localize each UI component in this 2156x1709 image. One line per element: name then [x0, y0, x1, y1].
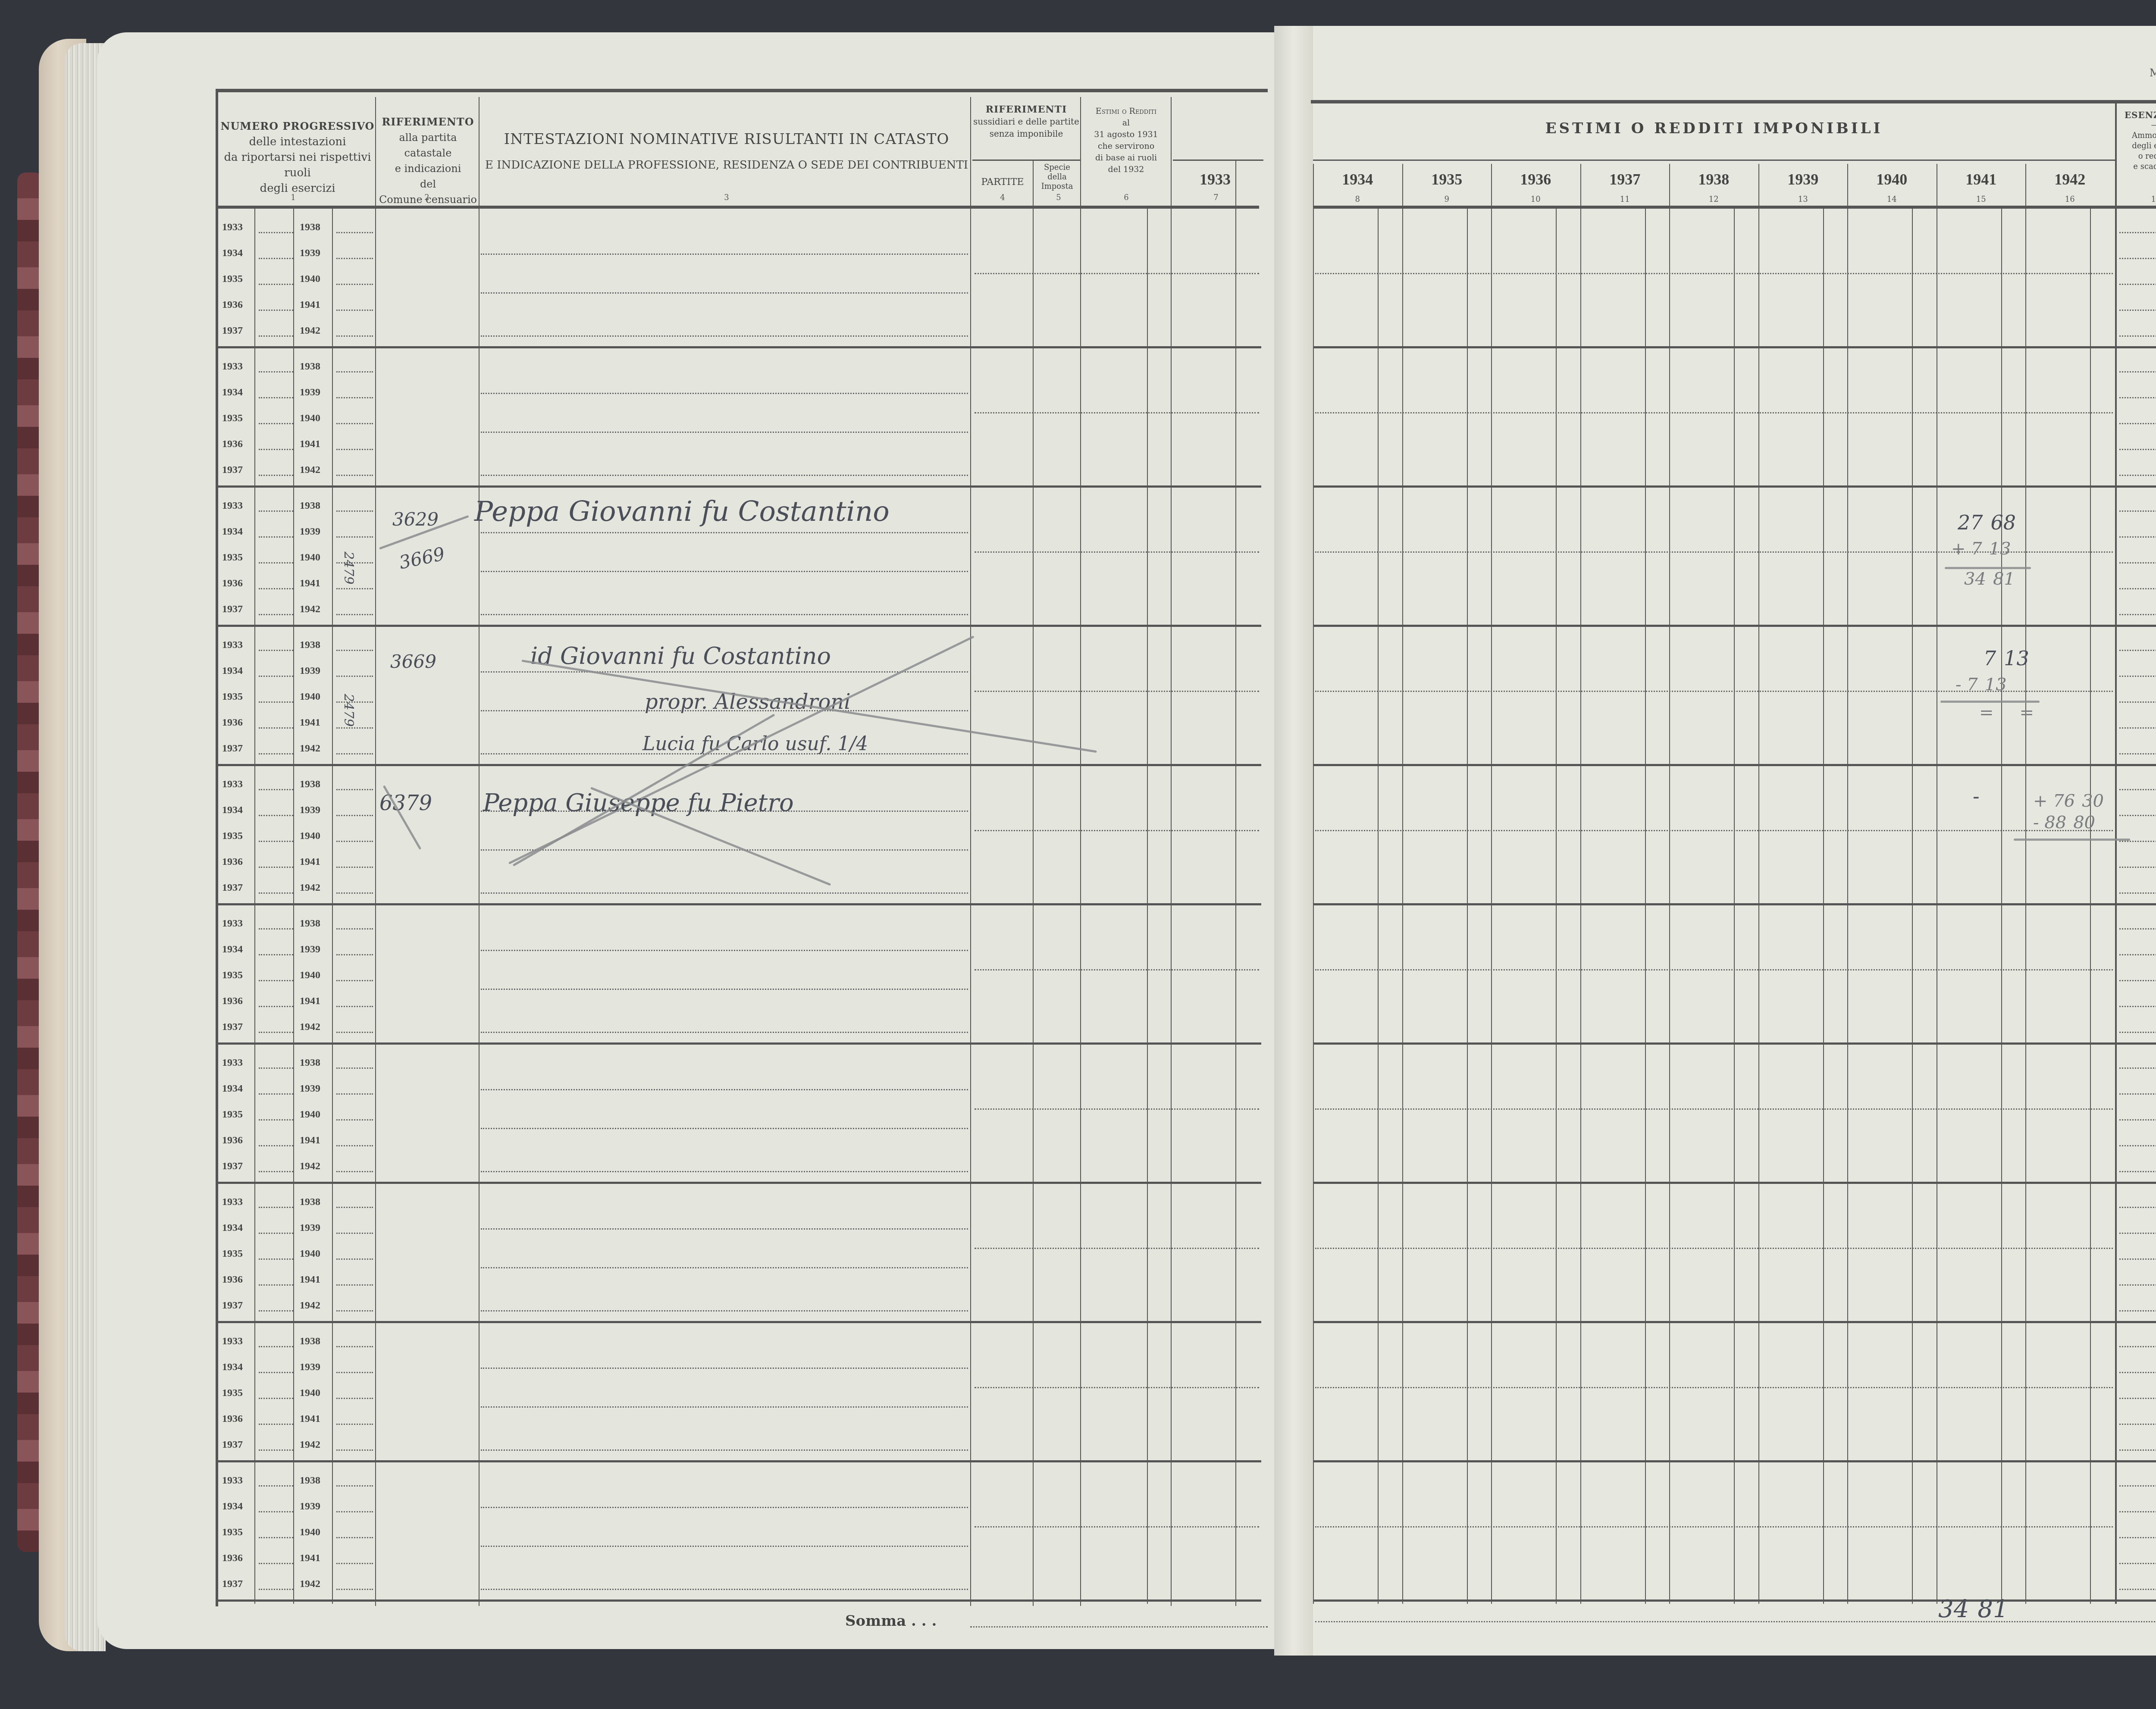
entry-line[interactable] — [2119, 1485, 2156, 1487]
name-line[interactable] — [481, 475, 968, 476]
entry-line[interactable] — [2119, 397, 2156, 398]
name-line[interactable] — [481, 1406, 968, 1408]
entry-1941-value[interactable]: 2768 — [1958, 511, 2016, 534]
entry-line[interactable] — [336, 789, 373, 790]
entry-line[interactable] — [2119, 789, 2156, 790]
entry-line[interactable] — [259, 1424, 293, 1425]
entry-line[interactable] — [2119, 1093, 2156, 1095]
header-sub: della — [1034, 172, 1080, 182]
entry-line[interactable] — [336, 1171, 373, 1172]
name-line[interactable] — [481, 1449, 968, 1451]
name-line[interactable] — [481, 254, 968, 255]
name-line[interactable] — [481, 1228, 968, 1230]
header-sub: sussidiari e delle partite — [972, 116, 1080, 128]
amount-line[interactable] — [975, 830, 1259, 831]
entry-line[interactable] — [336, 1119, 373, 1121]
entry-line[interactable] — [2119, 588, 2156, 589]
entry-line[interactable] — [259, 892, 293, 894]
entry-partita[interactable]: 3629 — [392, 509, 439, 530]
entry-progressive-note[interactable]: 2479 — [341, 551, 356, 584]
row-year-right: 1939 — [300, 387, 320, 398]
name-line[interactable] — [481, 292, 968, 294]
name-line[interactable] — [481, 571, 968, 572]
row-year-right: 1941 — [300, 578, 320, 589]
entry-line[interactable] — [336, 954, 373, 955]
entry-line[interactable] — [336, 335, 373, 337]
entry-line[interactable] — [259, 335, 293, 337]
entry-line[interactable] — [2119, 1067, 2156, 1069]
entry-line[interactable] — [336, 1284, 373, 1286]
value-decimal: 13 — [1985, 675, 2007, 695]
row-year-right: 1942 — [300, 325, 320, 337]
name-line[interactable] — [481, 950, 968, 951]
entry-line[interactable] — [336, 1589, 373, 1590]
entry-line[interactable] — [336, 753, 373, 754]
header-title: NUMERO PROGRESSIVO — [220, 119, 375, 134]
entry-line[interactable] — [259, 1119, 293, 1121]
entry-1941-value[interactable]: 713 — [1984, 647, 2029, 670]
entry-line[interactable] — [259, 1171, 293, 1172]
row-year-right: 1941 — [300, 1274, 320, 1286]
entry-line[interactable] — [2119, 650, 2156, 651]
entry-line[interactable] — [2119, 1424, 2156, 1425]
entry-line[interactable] — [259, 258, 293, 259]
entry-line[interactable] — [336, 841, 373, 842]
entry-line[interactable] — [259, 284, 293, 285]
amount-line[interactable] — [975, 1108, 1259, 1110]
row-year-right: 1938 — [300, 1336, 320, 1347]
name-line[interactable] — [481, 1267, 968, 1268]
entry-line[interactable] — [259, 1258, 293, 1260]
group-rule — [1313, 346, 2156, 348]
entry-line[interactable] — [259, 510, 293, 512]
row-year-left: 1934 — [222, 526, 243, 538]
header-sub: Ammontare — [2117, 131, 2156, 141]
entry-line[interactable] — [2119, 335, 2156, 337]
entry-line[interactable] — [2119, 371, 2156, 372]
entry-line[interactable] — [2119, 980, 2156, 981]
row-year-right: 1940 — [300, 830, 320, 842]
entry-line[interactable] — [259, 867, 293, 868]
entry-line[interactable] — [259, 310, 293, 311]
entry-line[interactable] — [336, 1310, 373, 1311]
row-year-right: 1940 — [300, 1109, 320, 1121]
row-year-left: 1933 — [222, 1057, 243, 1069]
entry-line[interactable] — [336, 232, 373, 233]
entry-line[interactable] — [2119, 1032, 2156, 1033]
amount-line[interactable] — [975, 969, 1259, 970]
header-col3-title: INTESTAZIONI NOMINATIVE RISULTANTI IN CA… — [483, 131, 970, 147]
group-rule — [218, 903, 1261, 905]
entry-line[interactable] — [2119, 1563, 2156, 1564]
amount-line[interactable] — [1315, 1387, 2113, 1388]
entry-1941-total[interactable]: == — [1979, 703, 2034, 723]
entry-line[interactable] — [259, 1067, 293, 1069]
entry-name[interactable]: id Giovanni fu Costantino — [530, 642, 831, 670]
entry-line[interactable] — [2119, 1511, 2156, 1512]
entry-line[interactable] — [336, 1067, 373, 1069]
group-rule — [1313, 903, 2156, 905]
entry-line[interactable] — [2119, 1346, 2156, 1347]
entry-line[interactable] — [2119, 676, 2156, 677]
header-sub: al — [1081, 117, 1171, 129]
row-year-left: 1935 — [222, 1387, 243, 1399]
row-year-left: 1937 — [222, 743, 243, 754]
group-rule — [218, 1042, 1261, 1045]
entry-line[interactable] — [259, 676, 293, 677]
row-year-right: 1941 — [300, 995, 320, 1007]
entry-line[interactable] — [259, 1346, 293, 1347]
entry-1941-total[interactable]: 3481 — [1964, 569, 2015, 589]
entry-line[interactable] — [259, 588, 293, 589]
amount-line[interactable] — [975, 1526, 1259, 1527]
row-year-left: 1933 — [222, 1196, 243, 1208]
amount-line[interactable] — [975, 551, 1259, 553]
entry-line[interactable] — [2119, 1589, 2156, 1590]
entry-line[interactable] — [2119, 1398, 2156, 1399]
value-integer: 27 — [1958, 511, 1983, 534]
name-line[interactable] — [481, 671, 968, 673]
name-line[interactable] — [481, 892, 968, 894]
entry-line[interactable] — [2119, 423, 2156, 424]
entry-line[interactable] — [2119, 1171, 2156, 1172]
column-number: 11 — [1580, 195, 1670, 204]
entry-line[interactable] — [336, 676, 373, 677]
entry-line[interactable] — [2119, 1233, 2156, 1234]
entry-line[interactable] — [259, 614, 293, 615]
entry-line[interactable] — [259, 536, 293, 538]
value-integer: 7 — [1984, 647, 1996, 670]
name-line[interactable] — [481, 1089, 968, 1090]
entry-line[interactable] — [2119, 1372, 2156, 1373]
row-year-right: 1938 — [300, 918, 320, 930]
column-number: 13 — [1758, 195, 1848, 204]
entry-line[interactable] — [336, 449, 373, 450]
entry-line[interactable] — [336, 284, 373, 285]
name-line[interactable] — [481, 1032, 968, 1033]
entry-line[interactable] — [2119, 1310, 2156, 1311]
entry-line[interactable] — [2119, 928, 2156, 930]
name-line[interactable] — [481, 1507, 968, 1508]
value-integer: - 88 — [2033, 813, 2066, 833]
entry-line[interactable] — [2119, 1284, 2156, 1286]
entry-line[interactable] — [2119, 310, 2156, 311]
value-integer: - 7 — [1955, 675, 1978, 695]
amount-line[interactable] — [975, 1248, 1259, 1249]
entry-line[interactable] — [259, 1093, 293, 1095]
row-year-left: 1935 — [222, 970, 243, 981]
amount-line[interactable] — [975, 273, 1259, 274]
row-year-right: 1940 — [300, 691, 320, 703]
name-line[interactable] — [481, 1546, 968, 1547]
entry-line[interactable] — [259, 815, 293, 816]
entry-line[interactable] — [259, 1145, 293, 1146]
entry-line[interactable] — [2119, 727, 2156, 729]
entry-line[interactable] — [259, 980, 293, 981]
entry-line[interactable] — [2119, 614, 2156, 615]
header-year-1938: 1938 — [1669, 170, 1758, 188]
value-total: = — [2020, 703, 2034, 723]
entry-line[interactable] — [336, 1346, 373, 1347]
cents-divider — [2090, 207, 2091, 1604]
entry-line[interactable] — [2119, 1258, 2156, 1260]
entry-line[interactable] — [336, 727, 373, 729]
header-sub: da riportarsi nei rispettivi ruoli — [220, 150, 375, 181]
entry-line[interactable] — [336, 1485, 373, 1487]
entry-line[interactable] — [259, 371, 293, 372]
entry-line[interactable] — [336, 258, 373, 259]
somma-1941-value[interactable]: 3481 — [1938, 1595, 2009, 1623]
row-year-left: 1935 — [222, 1248, 243, 1260]
amount-line[interactable] — [975, 1387, 1259, 1388]
name-line[interactable] — [481, 1589, 968, 1590]
entry-line[interactable] — [259, 1284, 293, 1286]
entry-line[interactable] — [2119, 510, 2156, 512]
right-page — [1294, 26, 2156, 1656]
entry-line[interactable] — [259, 1537, 293, 1538]
row-year-left: 1935 — [222, 1527, 243, 1538]
entry-line[interactable] — [336, 1233, 373, 1234]
entry-line[interactable] — [2119, 892, 2156, 894]
entry-line[interactable] — [336, 1258, 373, 1260]
entry-line[interactable] — [336, 475, 373, 476]
cents-divider — [1467, 207, 1468, 1604]
row-year-left: 1934 — [222, 1083, 243, 1095]
group-rule — [218, 764, 1261, 766]
row-year-left: 1937 — [222, 1161, 243, 1172]
entry-line[interactable] — [259, 1233, 293, 1234]
entry-line[interactable] — [336, 1398, 373, 1399]
entry-line[interactable] — [2119, 449, 2156, 450]
row-year-left: 1936 — [222, 1552, 243, 1564]
entry-line[interactable] — [259, 1398, 293, 1399]
entry-line[interactable] — [336, 614, 373, 615]
entry-line[interactable] — [259, 562, 293, 563]
amount-line[interactable] — [1315, 1526, 2113, 1527]
group-rule — [218, 1182, 1261, 1184]
subheader-rule — [1173, 160, 1263, 161]
name-line[interactable] — [481, 532, 968, 533]
header-sub: e scadenze — [2117, 162, 2156, 172]
entry-partita[interactable]: 3669 — [390, 651, 436, 672]
header-col45: RIFERIMENTI sussidiari e delle partite s… — [972, 103, 1080, 140]
entry-line[interactable] — [2119, 1207, 2156, 1208]
group-rule — [1313, 1460, 2156, 1462]
entry-line[interactable] — [2119, 867, 2156, 868]
entry-line[interactable] — [336, 510, 373, 512]
row-year-left: 1934 — [222, 1362, 243, 1373]
entry-line[interactable] — [2119, 536, 2156, 538]
entry-line[interactable] — [336, 1032, 373, 1033]
amount-line[interactable] — [1315, 273, 2113, 274]
entry-line[interactable] — [2119, 1449, 2156, 1451]
entry-line[interactable] — [2119, 841, 2156, 842]
entry-line[interactable] — [336, 1207, 373, 1208]
row-year-left: 1933 — [222, 779, 243, 790]
entry-line[interactable] — [2119, 475, 2156, 476]
name-line[interactable] — [481, 432, 968, 433]
entry-line[interactable] — [259, 1032, 293, 1033]
row-year-left: 1934 — [222, 387, 243, 398]
entry-line[interactable] — [336, 815, 373, 816]
value-decimal: 68 — [1991, 511, 2016, 534]
entry-line[interactable] — [2119, 1145, 2156, 1146]
name-line[interactable] — [481, 393, 968, 394]
entry-line[interactable] — [336, 1537, 373, 1538]
entry-line[interactable] — [259, 1563, 293, 1564]
entry-line[interactable] — [336, 1145, 373, 1146]
entry-line[interactable] — [336, 1006, 373, 1007]
entry-line[interactable] — [336, 536, 373, 538]
group-rule — [218, 1599, 1261, 1602]
name-line[interactable] — [481, 335, 968, 337]
entry-line[interactable] — [259, 727, 293, 729]
entry-name[interactable]: Peppa Giovanni fu Costantino — [474, 496, 890, 528]
entry-line[interactable] — [336, 423, 373, 424]
header-sub: 31 agosto 1931 — [1081, 129, 1171, 141]
header-col3-sub: E INDICAZIONE DELLA PROFESSIONE, RESIDEN… — [483, 157, 970, 173]
amount-line[interactable] — [1315, 412, 2113, 413]
entry-line[interactable] — [336, 928, 373, 930]
name-line[interactable] — [481, 849, 968, 851]
amount-line[interactable] — [1315, 1248, 2113, 1249]
amount-line[interactable] — [1315, 1108, 2113, 1110]
amount-line[interactable] — [1315, 969, 2113, 970]
entry-line[interactable] — [336, 1093, 373, 1095]
row-year-right: 1939 — [300, 944, 320, 955]
entry-1941-value[interactable]: - — [1973, 785, 1980, 808]
header-year-1935: 1935 — [1402, 170, 1492, 188]
cents-divider — [1645, 207, 1646, 1604]
entry-line[interactable] — [259, 232, 293, 233]
entry-1942-sub[interactable]: - 8880 — [2033, 813, 2095, 833]
entry-line[interactable] — [259, 928, 293, 930]
col-divider — [1033, 160, 1034, 1606]
row-year-right: 1941 — [300, 1413, 320, 1425]
entry-line[interactable] — [259, 397, 293, 398]
row-year-left: 1935 — [222, 552, 243, 563]
entry-1941-sub[interactable]: - 713 — [1955, 675, 2007, 695]
entry-line[interactable] — [259, 423, 293, 424]
entry-progressive-note[interactable]: 2479 — [341, 694, 356, 726]
row-year-right: 1940 — [300, 552, 320, 563]
row-year-left: 1937 — [222, 464, 243, 476]
col-divider — [1313, 164, 1314, 1604]
entry-1941-add[interactable]: + 713 — [1951, 539, 2011, 559]
entry-line[interactable] — [259, 1372, 293, 1373]
entry-line[interactable] — [336, 650, 373, 651]
group-rule — [218, 1321, 1261, 1323]
name-line[interactable] — [481, 1310, 968, 1311]
entry-line[interactable] — [259, 1207, 293, 1208]
entry-line[interactable] — [2119, 954, 2156, 955]
entry-line[interactable] — [259, 449, 293, 450]
name-line[interactable] — [481, 614, 968, 615]
row-year-left: 1936 — [222, 1413, 243, 1425]
entry-line[interactable] — [259, 1511, 293, 1512]
entry-line[interactable] — [2119, 753, 2156, 754]
amount-line[interactable] — [975, 691, 1259, 692]
name-line[interactable] — [481, 989, 968, 990]
entry-line[interactable] — [259, 1449, 293, 1451]
column-number: 12 — [1669, 195, 1758, 204]
entry-line[interactable] — [2119, 815, 2156, 816]
entry-line[interactable] — [259, 789, 293, 790]
entry-line[interactable] — [336, 1449, 373, 1451]
sum-rule — [2014, 839, 2130, 841]
entry-line[interactable] — [2119, 232, 2156, 233]
entry-line[interactable] — [259, 701, 293, 703]
row-year-left: 1934 — [222, 665, 243, 677]
entry-line[interactable] — [2119, 284, 2156, 285]
entry-line[interactable] — [259, 650, 293, 651]
group-rule — [218, 1460, 1261, 1462]
entry-line[interactable] — [259, 475, 293, 476]
value-integer: 34 — [1938, 1595, 1969, 1623]
entry-line[interactable] — [336, 588, 373, 589]
entry-line[interactable] — [336, 980, 373, 981]
entry-line[interactable] — [259, 753, 293, 754]
table-top-rule — [216, 89, 1268, 92]
row-year-left: 1934 — [222, 247, 243, 259]
column-number: 9 — [1402, 195, 1492, 204]
entry-line[interactable] — [336, 867, 373, 868]
entry-line[interactable] — [259, 1310, 293, 1311]
name-line[interactable] — [481, 1128, 968, 1129]
entry-1942-add[interactable]: + 7630 — [2033, 791, 2104, 811]
row-year-right: 1938 — [300, 639, 320, 651]
row-year-left: 1937 — [222, 882, 243, 894]
entry-line[interactable] — [2119, 1006, 2156, 1007]
entry-line[interactable] — [336, 1563, 373, 1564]
column-number: 5 — [1052, 193, 1065, 202]
entry-line[interactable] — [259, 1485, 293, 1487]
header-sub: delle intestazioni — [220, 134, 375, 150]
header-year-1934: 1934 — [1313, 170, 1402, 188]
entry-line[interactable] — [336, 892, 373, 894]
entry-line[interactable] — [2119, 562, 2156, 563]
entry-line[interactable] — [259, 1589, 293, 1590]
row-year-right: 1941 — [300, 1135, 320, 1146]
amount-line[interactable] — [975, 412, 1259, 413]
row-year-right: 1938 — [300, 361, 320, 372]
entry-line[interactable] — [259, 954, 293, 955]
entry-line[interactable] — [336, 1372, 373, 1373]
somma-label: Somma . . . — [845, 1612, 937, 1630]
entry-line[interactable] — [336, 397, 373, 398]
entry-line[interactable] — [2119, 1119, 2156, 1121]
cents-divider — [1734, 207, 1735, 1604]
cents-divider — [1912, 207, 1913, 1604]
entry-line[interactable] — [2119, 701, 2156, 703]
entry-line[interactable] — [259, 1006, 293, 1007]
entry-line[interactable] — [336, 1511, 373, 1512]
name-line[interactable] — [481, 1171, 968, 1172]
entry-line[interactable] — [2119, 1537, 2156, 1538]
entry-line[interactable] — [2119, 258, 2156, 259]
value-decimal: 81 — [1993, 569, 2015, 589]
cents-divider — [1378, 207, 1379, 1604]
group-rule — [1313, 485, 2156, 488]
amount-line[interactable] — [1315, 830, 2113, 831]
name-line[interactable] — [481, 1368, 968, 1369]
entry-line[interactable] — [336, 310, 373, 311]
entry-line[interactable] — [336, 1424, 373, 1425]
entry-line[interactable] — [259, 841, 293, 842]
row-year-right: 1942 — [300, 1300, 320, 1311]
entry-line[interactable] — [336, 371, 373, 372]
row-year-right: 1940 — [300, 273, 320, 285]
